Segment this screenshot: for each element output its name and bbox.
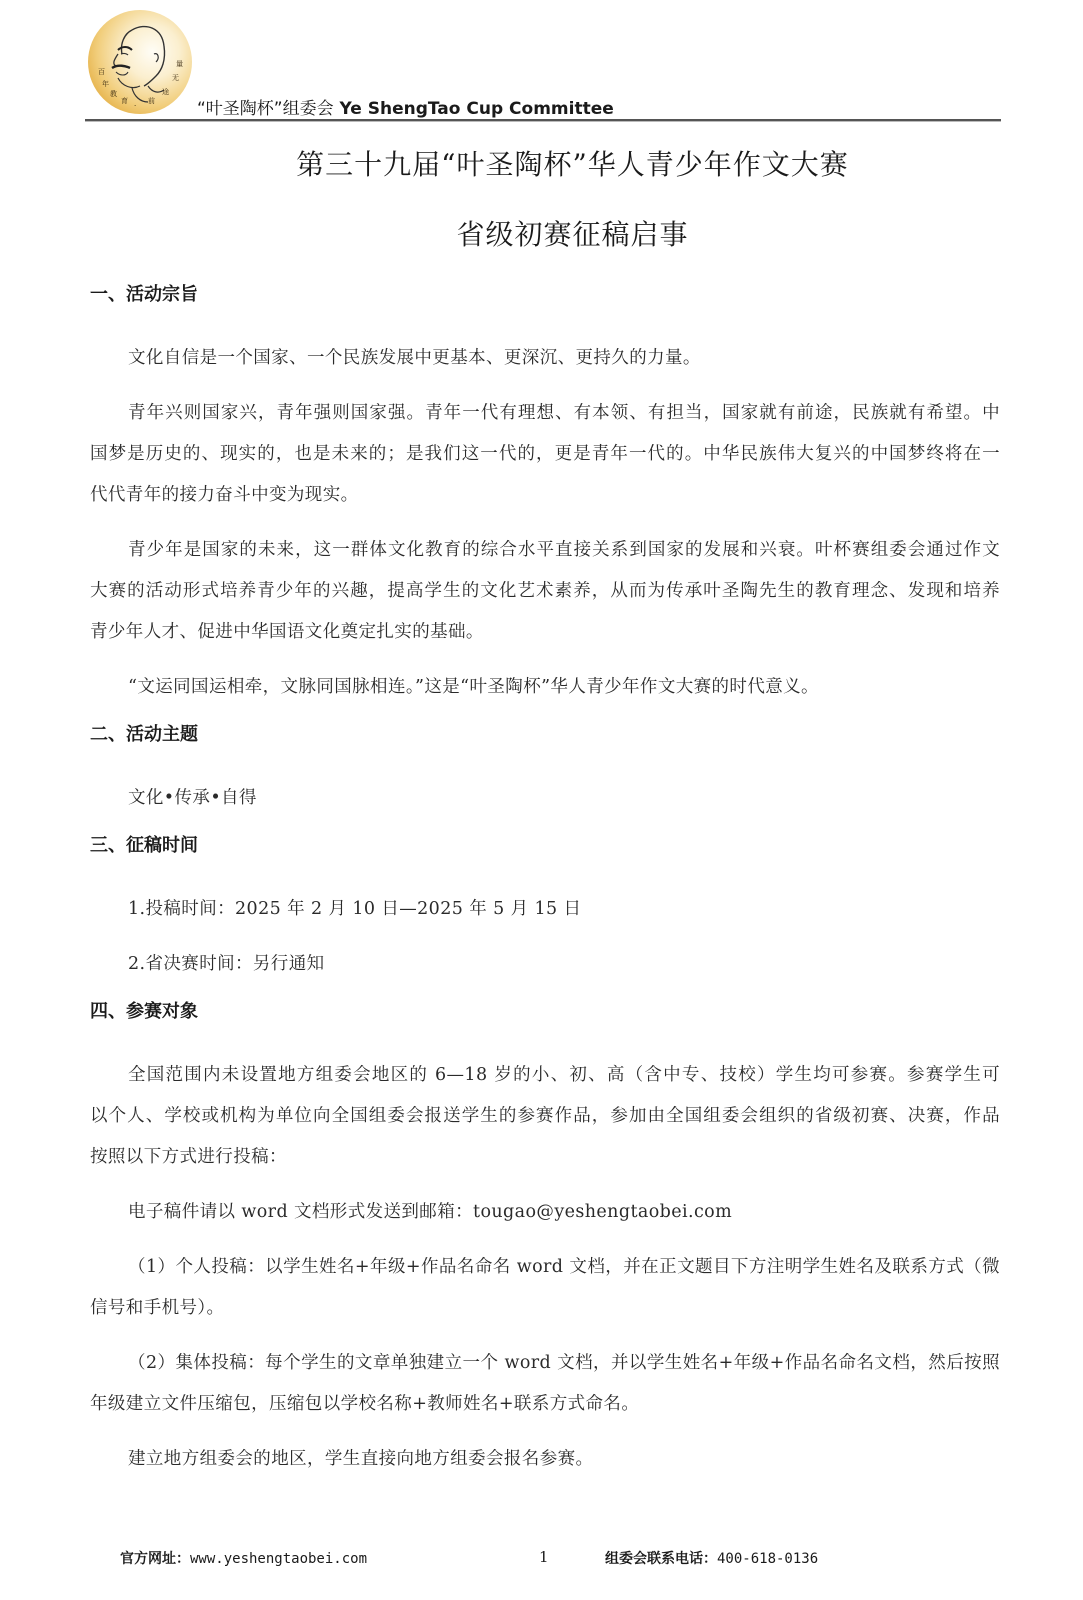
document-title: 第三十九届“叶圣陶杯”华人青少年作文大赛 [31, 143, 1083, 183]
svg-text:前: 前 [148, 96, 155, 105]
paragraph: 全国范围内未设置地方组委会地区的 6—18 岁的小、初、高（含中专、技校）学生均… [90, 1055, 1000, 1178]
svg-text:教: 教 [110, 89, 117, 98]
website-label: 官方网址： [120, 1551, 190, 1567]
phone-label: 组委会联系电话： [605, 1551, 717, 1567]
committee-header: “叶圣陶杯”组委会 Ye ShengTao Cup Committee [197, 94, 614, 119]
portrait-sketch-icon: 百 年 教 育 . 前 途 无 量 [88, 10, 192, 114]
paragraph: 文化自信是一个国家、一个民族发展中更基本、更深沉、更持久的力量。 [90, 338, 1000, 379]
section-heading-schedule: 三、征稿时间 [90, 833, 1000, 889]
section-heading-eligibility: 四、参赛对象 [90, 999, 1000, 1055]
document-page: 百 年 教 育 . 前 途 无 量 “叶圣陶杯”组委会 Ye ShengTao … [0, 0, 1083, 1600]
group-submission: （2）集体投稿：每个学生的文章单独建立一个 word 文档，并以学生姓名+年级+… [90, 1343, 1000, 1425]
individual-submission: （1）个人投稿：以学生姓名+年级+作品名命名 word 文档，并在正文题目下方注… [90, 1247, 1000, 1329]
svg-text:百: 百 [98, 68, 105, 76]
paragraph: 青少年是国家的未来，这一群体文化教育的综合水平直接关系到国家的发展和兴衰。叶杯赛… [90, 530, 1000, 653]
phone-number: 400-618-0136 [717, 1551, 818, 1567]
final-round-time: 2.省决赛时间：另行通知 [90, 944, 1000, 985]
submission-period: 1.投稿时间：2025 年 2 月 10 日—2025 年 5 月 15 日 [90, 889, 1000, 930]
svg-text:量: 量 [176, 59, 183, 68]
section-heading-theme: 二、活动主题 [90, 722, 1000, 778]
theme-text: 文化•传承•自得 [90, 778, 1000, 819]
section-heading-purpose: 一、活动宗旨 [90, 282, 1000, 338]
committee-name-cn: “叶圣陶杯”组委会 [197, 99, 334, 119]
local-committee-note: 建立地方组委会的地区，学生直接向地方组委会报名参赛。 [90, 1439, 1000, 1480]
document-subtitle: 省级初赛征稿启事 [31, 213, 1083, 253]
paragraph: 青年兴则国家兴，青年强则国家强。青年一代有理想、有本领、有担当，国家就有前途，民… [90, 393, 1000, 516]
committee-name-en: Ye ShengTao Cup Committee [340, 99, 614, 119]
footer-phone: 组委会联系电话：400-618-0136 [605, 1548, 818, 1568]
committee-logo: 百 年 教 育 . 前 途 无 量 [88, 10, 192, 114]
svg-text:育: 育 [121, 96, 128, 105]
document-body: 一、活动宗旨 文化自信是一个国家、一个民族发展中更基本、更深沉、更持久的力量。 … [90, 282, 1000, 1494]
svg-text:无: 无 [172, 74, 179, 82]
website-link[interactable]: www.yeshengtaobei.com [190, 1551, 367, 1567]
footer-website: 官方网址：www.yeshengtaobei.com [120, 1548, 367, 1568]
submission-email: 电子稿件请以 word 文档形式发送到邮箱：tougao@yeshengtaob… [90, 1192, 1000, 1233]
paragraph: “文运同国运相牵，文脉同国脉相连。”这是“叶圣陶杯”华人青少年作文大赛的时代意义… [90, 667, 1000, 708]
svg-text:途: 途 [162, 87, 169, 96]
svg-text:.: . [134, 100, 136, 108]
header-divider [85, 119, 1001, 122]
svg-text:年: 年 [102, 79, 109, 88]
page-number: 1 [539, 1548, 549, 1566]
